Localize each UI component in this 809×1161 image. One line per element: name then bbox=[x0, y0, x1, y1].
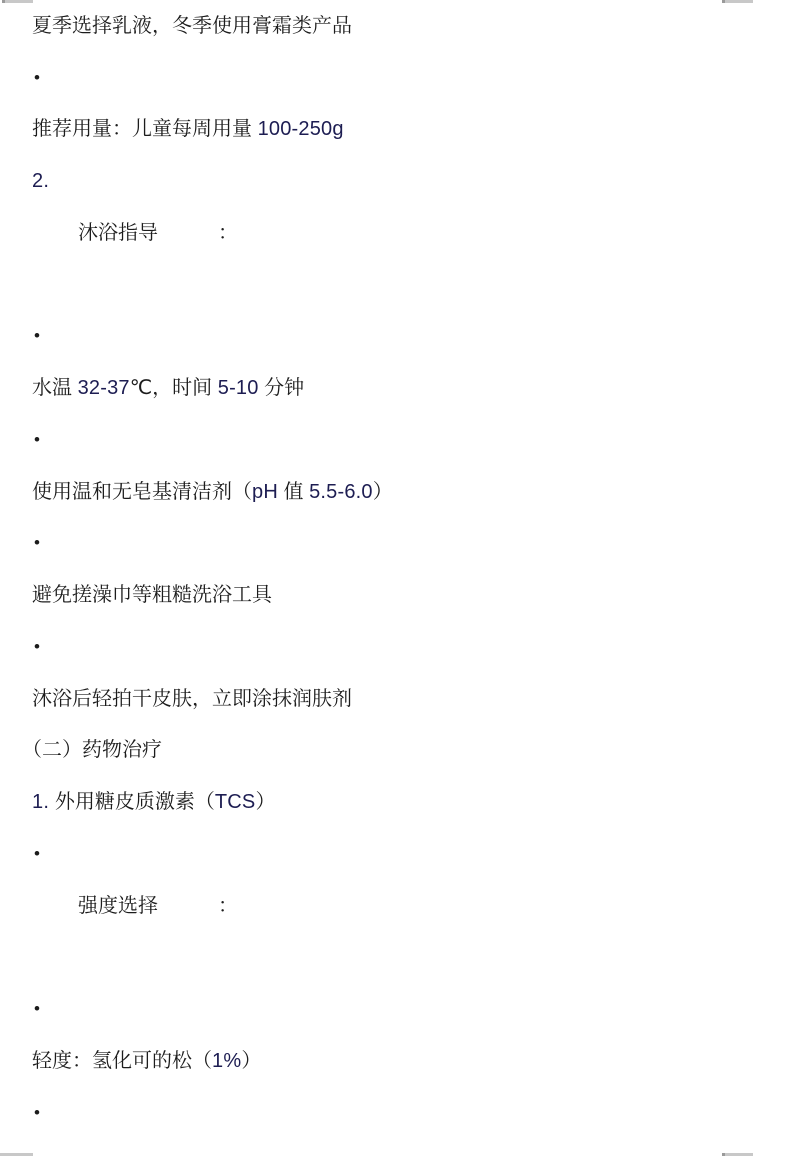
text-run: • bbox=[34, 1102, 40, 1124]
bullet-paragraph: • bbox=[0, 518, 809, 570]
text-run: • bbox=[34, 532, 40, 554]
text-run: 分钟 bbox=[259, 375, 305, 401]
text-run: 夏季选择乳液，冬季使用膏霜类产品 bbox=[32, 13, 352, 39]
bullet-paragraph: • bbox=[0, 828, 809, 880]
page-corner-mark-bottom-right bbox=[722, 1153, 753, 1156]
text-run: 水温 bbox=[32, 375, 78, 401]
bullet-paragraph: • bbox=[0, 311, 809, 363]
text-run: 值 bbox=[278, 479, 309, 505]
numeric-text-run: 1. bbox=[32, 789, 55, 815]
text-run: 轻度：氢化可的松（ bbox=[32, 1048, 212, 1074]
numeric-text-run: 100-250g bbox=[258, 116, 344, 142]
numeric-text-run: 2. bbox=[32, 168, 49, 194]
text-run: 沐浴后轻拍干皮肤，立即涂抹润肤剂 bbox=[32, 686, 352, 712]
text-run: • bbox=[34, 636, 40, 658]
numeric-text-run: 5.5-6.0 bbox=[309, 479, 373, 505]
page-corner-mark-bottom-left bbox=[0, 1153, 33, 1156]
text-run: • bbox=[34, 325, 40, 347]
numeric-text-run: pH bbox=[252, 479, 278, 505]
text-run: 沐浴指导 ： bbox=[78, 220, 238, 246]
bullet-paragraph: • bbox=[0, 621, 809, 673]
text-run: （二）药物治疗 bbox=[22, 737, 162, 763]
text-run: ） bbox=[241, 1048, 261, 1074]
bullet-paragraph: • bbox=[0, 1087, 809, 1139]
paragraph: 夏季选择乳液，冬季使用膏霜类产品 bbox=[0, 0, 809, 52]
paragraph: 2. bbox=[0, 155, 809, 207]
text-run: • bbox=[34, 843, 40, 865]
document-page: 夏季选择乳液，冬季使用膏霜类产品•推荐用量：儿童每周用量 100-250g2.沐… bbox=[0, 0, 809, 1161]
numeric-text-run: 1% bbox=[212, 1048, 241, 1074]
paragraph: 轻度：氢化可的松（1%） bbox=[0, 1035, 809, 1087]
section-heading-paragraph: （二）药物治疗 bbox=[0, 725, 809, 777]
document-lines: 夏季选择乳液，冬季使用膏霜类产品•推荐用量：儿童每周用量 100-250g2.沐… bbox=[0, 0, 809, 1139]
paragraph: 沐浴后轻拍干皮肤，立即涂抹润肤剂 bbox=[0, 673, 809, 725]
text-run: • bbox=[34, 998, 40, 1020]
bullet-paragraph: • bbox=[0, 52, 809, 104]
paragraph: 沐浴指导 ： bbox=[0, 207, 809, 259]
numeric-text-run: 5-10 bbox=[218, 375, 259, 401]
text-run: 强度选择 ： bbox=[78, 893, 238, 919]
paragraph: 水温 32-37℃，时间 5-10 分钟 bbox=[0, 362, 809, 414]
blank-paragraph bbox=[0, 932, 809, 984]
paragraph: 1. 外用糖皮质激素（TCS） bbox=[0, 776, 809, 828]
text-run: ） bbox=[373, 479, 393, 505]
bullet-paragraph: • bbox=[0, 414, 809, 466]
text-run: ） bbox=[255, 789, 275, 815]
text-run: ℃，时间 bbox=[130, 375, 218, 401]
blank-paragraph bbox=[0, 259, 809, 311]
bullet-paragraph: • bbox=[0, 983, 809, 1035]
numeric-text-run: TCS bbox=[215, 789, 256, 815]
paragraph: 强度选择 ： bbox=[0, 880, 809, 932]
text-run: 使用温和无皂基清洁剂（ bbox=[32, 479, 252, 505]
text-run: • bbox=[34, 67, 40, 89]
text-run: 避免搓澡巾等粗糙洗浴工具 bbox=[32, 582, 272, 608]
paragraph: 推荐用量：儿童每周用量 100-250g bbox=[0, 104, 809, 156]
text-run: • bbox=[34, 429, 40, 451]
paragraph: 避免搓澡巾等粗糙洗浴工具 bbox=[0, 569, 809, 621]
text-run: 外用糖皮质激素（ bbox=[55, 789, 215, 815]
numeric-text-run: 32-37 bbox=[78, 375, 130, 401]
text-run: 推荐用量：儿童每周用量 bbox=[32, 116, 258, 142]
paragraph: 使用温和无皂基清洁剂（pH 值 5.5-6.0） bbox=[0, 466, 809, 518]
